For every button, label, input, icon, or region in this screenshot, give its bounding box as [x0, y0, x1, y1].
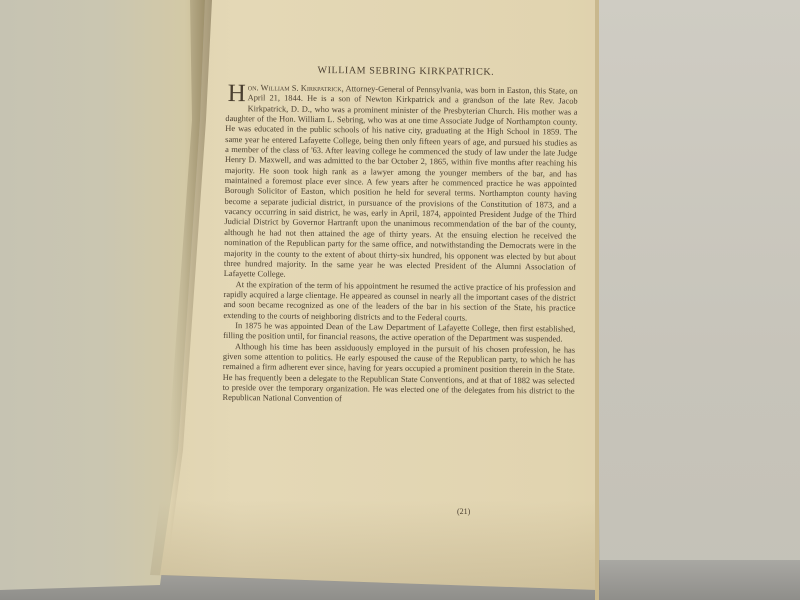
paragraph-4: Although his time has been assiduously e…: [222, 342, 575, 408]
paragraph-1: Hon. William S. Kirkpatrick, Attorney-Ge…: [224, 83, 578, 283]
paragraph-2: At the expiration of the term of his app…: [223, 280, 575, 325]
paragraph-text: Attorney-General of Pennsylvania, was bo…: [224, 84, 578, 279]
page-edge: [595, 0, 599, 600]
page-title: WILLIAM SEBRING KIRKPATRICK.: [234, 64, 578, 79]
page-shadow: [150, 500, 600, 590]
drop-cap: H: [228, 84, 246, 104]
page-number: (21): [457, 507, 470, 516]
opening-smallcaps: on. William S. Kirkpatrick,: [248, 83, 344, 93]
page-text: WILLIAM SEBRING KIRKPATRICK. Hon. Willia…: [222, 64, 578, 407]
background-surface: [596, 0, 800, 600]
